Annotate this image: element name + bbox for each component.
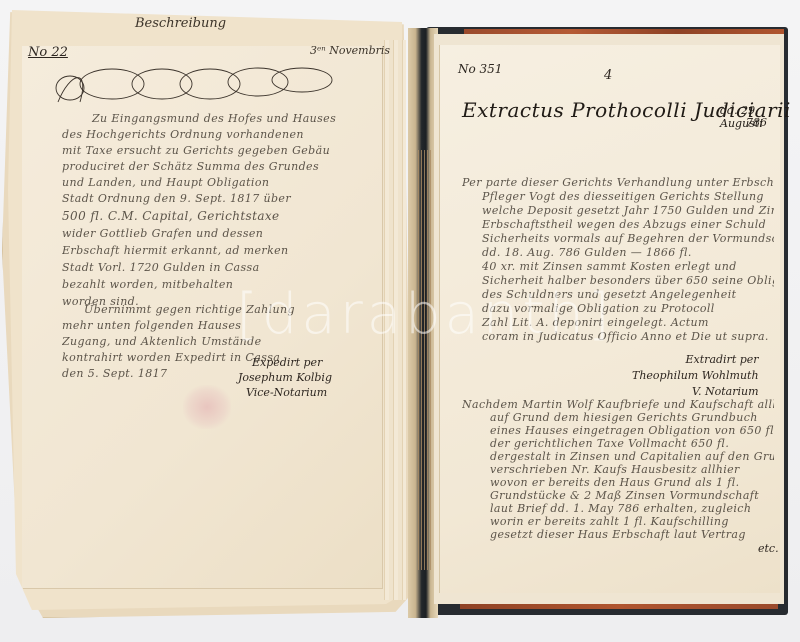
handwriting-line: Stadt Vorl. 1720 Gulden in Cassa: [62, 261, 362, 278]
handwriting-line: wider Gottlieb Grafen und dessen: [62, 227, 362, 244]
handwriting-line: Pfleger Vogt des diesseitigen Gerichts S…: [462, 190, 774, 204]
handwriting-line: Sicherheits vormals auf Begehren der Vor…: [462, 232, 774, 246]
handwriting-line: der gerichtlichen Taxe Vollmacht 650 fl.: [462, 437, 774, 450]
handwriting-line: Grundstücke & 2 Maß Zinsen Vormundschaft: [462, 489, 774, 502]
handwriting-line: worin er bereits zahlt 1 fl. Kaufschilli…: [462, 515, 774, 528]
handwriting-line: produciret der Schätz Summa des Grundes: [62, 160, 362, 176]
signature-line: Extradirt per: [632, 352, 759, 368]
signature-line: Josephum Kolbig: [238, 370, 332, 385]
handwriting-line: wovon er bereits den Haus Grund als 1 fl…: [462, 476, 774, 489]
handwriting-line: Erbschaftstheil wegen des Abzugs einer S…: [462, 218, 774, 232]
handwriting-line: eines Hauses eingetragen Obligation von …: [462, 424, 774, 437]
binding-threads: [418, 150, 432, 570]
handwriting-line: mit Taxe ersucht zu Gerichts gegeben Geb…: [62, 144, 362, 160]
calligraphic-flourish-icon: [50, 62, 340, 107]
handwriting-line: auf Grund dem hiesigen Gerichts Grundbuc…: [462, 411, 774, 424]
right-title-year: 786: [746, 116, 767, 129]
signature-line: Expedirt per: [238, 355, 332, 370]
handwriting-line: gesetzt dieser Haus Erbschaft laut Vertr…: [462, 528, 774, 541]
handwriting-line: Stadt Ordnung den 9. Sept. 1817 über: [62, 192, 362, 209]
signature-line: Vice-Notarium: [238, 385, 332, 400]
right-signature-block: Extradirt per Theophilum Wohlmuth V. Not…: [632, 352, 759, 400]
handwriting-line: Per parte dieser Gerichts Verhandlung un…: [462, 176, 774, 190]
left-date-text: 3ᵉⁿ Novembris: [310, 44, 390, 57]
left-signature-block: Expedirt per Josephum Kolbig Vice-Notari…: [238, 355, 332, 400]
right-end-mark: etc.: [758, 542, 779, 555]
watermark-text: [darabanth]: [236, 282, 614, 347]
signature-line: Theophilum Wohlmuth: [632, 368, 759, 384]
handwriting-line: verschrieben Nr. Kaufs Hausbesitz allhie…: [462, 463, 774, 476]
handwriting-line: des Hochgerichts Ordnung vorhandenen: [62, 128, 362, 144]
left-document-number: No 22: [28, 45, 68, 60]
handwriting-line: laut Brief dd. 1. May 786 erhalten, zugl…: [462, 502, 774, 515]
red-seal-stamp-icon: [183, 385, 231, 429]
left-header-text: Beschreibung: [135, 16, 226, 31]
right-second-paragraph: Nachdem Martin Wolf Kaufbriefe und Kaufs…: [462, 398, 774, 541]
handwriting-line: Erbschaft hiermit erkannt, ad merken: [62, 244, 362, 261]
handwriting-line: und Landen, und Haupt Obligation: [62, 176, 362, 192]
handwriting-line: dergestalt in Zinsen und Capitalien auf …: [462, 450, 774, 463]
right-document-number: No 351: [458, 62, 502, 76]
handwriting-line: Zu Eingangsmund des Hofes und Hauses: [62, 112, 362, 128]
handwriting-line: dd. 18. Aug. 786 Gulden — 1866 fl.: [462, 246, 774, 260]
right-folio-number: 4: [604, 68, 612, 83]
handwriting-line: 500 fl. C.M. Capital, Gerichtstaxe: [62, 209, 362, 227]
handwriting-line: Nachdem Martin Wolf Kaufbriefe und Kaufs…: [462, 398, 774, 411]
handwriting-line: 40 xr. mit Zinsen sammt Kosten erlegt un…: [462, 260, 774, 274]
handwriting-line: welche Deposit gesetzt Jahr 1750 Gulden …: [462, 204, 774, 218]
